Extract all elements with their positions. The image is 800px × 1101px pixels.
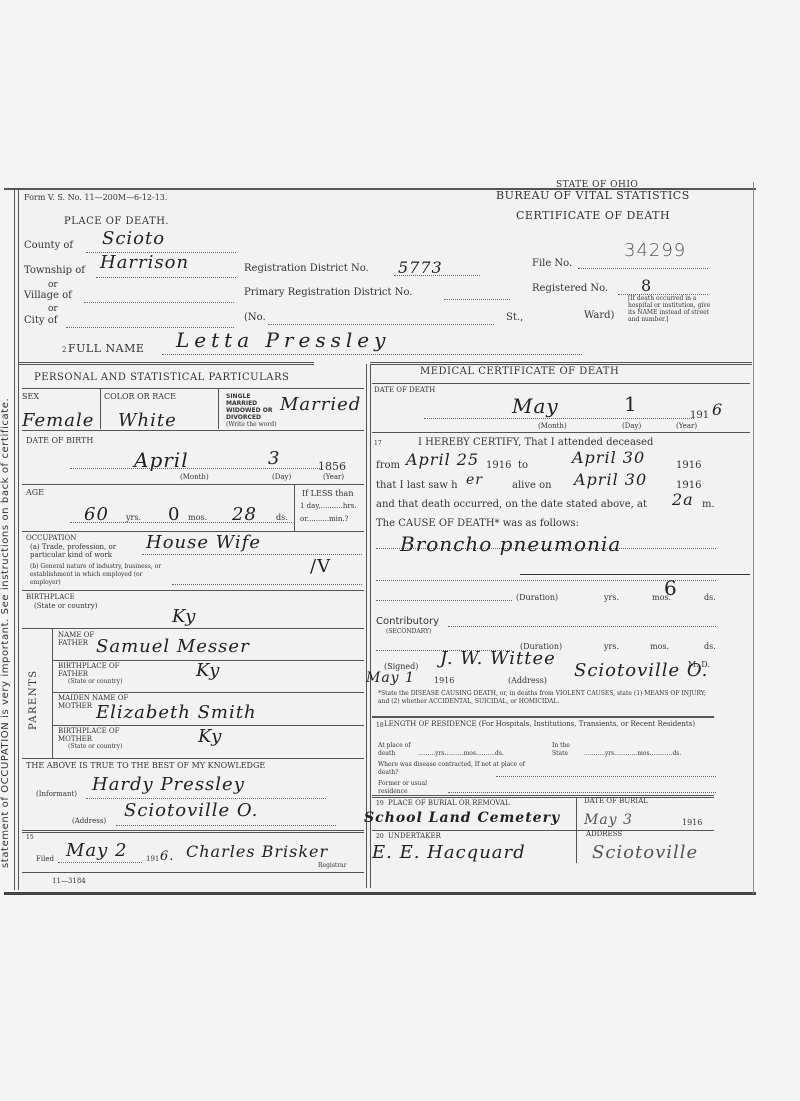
registrar-label: Registrar xyxy=(318,862,347,869)
township-line xyxy=(96,277,236,278)
occurred-text: and that death occurred, on the date sta… xyxy=(376,499,647,510)
mother-birthplace-value: Ky xyxy=(198,726,222,747)
file-no-label: File No. xyxy=(532,258,572,269)
race-value: White xyxy=(118,410,177,431)
burial-year: 1916 xyxy=(682,818,702,827)
contributory-yrs-label: yrs. xyxy=(604,642,619,651)
residence-num: 18 xyxy=(376,722,384,729)
city-label: City of xyxy=(24,315,57,326)
rule xyxy=(372,432,750,433)
filed-line xyxy=(58,862,142,863)
filed-num: 15 xyxy=(26,834,34,841)
or-1: or xyxy=(48,280,58,290)
occupation-a-value: House Wife xyxy=(146,532,261,553)
full-name-label: FULL NAME xyxy=(68,342,144,355)
contracted-line xyxy=(496,776,716,777)
rule xyxy=(370,362,752,365)
burial-place: School Land Cemetery xyxy=(364,810,560,826)
dob-year: 1856 xyxy=(318,460,346,473)
race-label: COLOR OR RACE xyxy=(104,392,176,401)
less-than-label: If LESS than xyxy=(302,489,353,498)
rule xyxy=(52,628,53,758)
sex-label: SEX xyxy=(22,392,39,401)
marital-options: SINGLE MARRIED WIDOWED OR DIVORCED xyxy=(226,393,282,421)
cause-label: The CAUSE OF DEATH* was as follows: xyxy=(376,518,579,529)
duration-label: (Duration) xyxy=(516,593,558,602)
village-label: Village of xyxy=(24,290,72,301)
street-line xyxy=(268,324,494,325)
burial-date-label: DATE OF BURIAL xyxy=(584,797,648,805)
rule xyxy=(22,590,364,591)
file-no-value: 34299 xyxy=(624,240,686,261)
to-year: 1916 xyxy=(676,460,701,471)
occurred-suffix: m. xyxy=(702,499,715,510)
sex-value: Female xyxy=(22,410,94,431)
signed-year: 1916 xyxy=(434,676,454,685)
filed-year-suffix: 6. xyxy=(160,849,174,864)
rule xyxy=(18,362,314,365)
occupation-a-line xyxy=(142,554,362,555)
rule xyxy=(22,430,364,431)
contracted-label: Where was disease contracted, If not at … xyxy=(378,761,528,777)
cause-footnote: *State the DISEASE CAUSING DEATH, or, in… xyxy=(378,690,718,706)
occupation-a-label: (a) Trade, profession, or particular kin… xyxy=(30,543,150,559)
signed-value: J. W. Wittee xyxy=(440,648,556,669)
burial-date: May 3 xyxy=(584,812,633,828)
from-date: April 25 xyxy=(406,450,479,469)
village-line xyxy=(84,302,234,303)
duration-line xyxy=(376,600,512,601)
mother-birthplace-label: BIRTHPLACE OF MOTHER xyxy=(58,727,138,743)
occupation-label: OCCUPATION xyxy=(26,534,76,542)
st-label: St., xyxy=(506,312,523,323)
last-saw-pronoun: er xyxy=(466,472,483,488)
mos-label: mos. xyxy=(188,513,207,522)
file-no-line xyxy=(578,268,708,269)
registrar-signature: Charles Brisker xyxy=(186,842,328,861)
to-label: to xyxy=(518,460,528,471)
undertaker-num: 20 xyxy=(376,833,384,840)
age-days: 28 xyxy=(232,504,257,525)
alive-on-label: alive on xyxy=(512,480,552,491)
to-date: April 30 xyxy=(572,448,645,467)
month-label: (Month) xyxy=(180,473,209,481)
occupation-b-label: (b) General nature of industry, business… xyxy=(30,563,175,587)
or-min-label: or..........min.? xyxy=(300,515,348,523)
no-label: (No. xyxy=(244,312,266,323)
contributory-mos-label: mos. xyxy=(650,642,669,651)
place-of-death-heading: PLACE OF DEATH. xyxy=(64,216,169,227)
alive-on-date: April 30 xyxy=(574,470,647,489)
mother-value: Elizabeth Smith xyxy=(96,702,257,723)
rule xyxy=(294,485,295,531)
informant-statement: THE ABOVE IS TRUE TO THE BEST OF MY KNOW… xyxy=(26,761,265,770)
contributory-ds-label: ds. xyxy=(704,642,716,651)
father-birthplace-hint: (State or country) xyxy=(68,678,122,685)
signed-address: Sciotoville O. xyxy=(574,660,708,681)
rule xyxy=(372,383,750,384)
burial-label: PLACE OF BURIAL OR REMOVAL xyxy=(388,799,510,807)
county-label: County of xyxy=(24,240,73,251)
parents-label: PARENTS xyxy=(28,669,39,730)
yrs-label: yrs. xyxy=(126,513,141,522)
informant-address-line xyxy=(116,825,336,826)
rule xyxy=(372,716,714,718)
personal-heading: PERSONAL AND STATISTICAL PARTICULARS xyxy=(34,372,289,383)
primary-reg-line xyxy=(444,299,510,300)
dod-year-label: (Year) xyxy=(676,422,697,430)
dob-line xyxy=(70,468,320,469)
signed-address-label: (Address) xyxy=(508,676,547,685)
informant-address-value: Sciotoville O. xyxy=(124,800,258,821)
rule xyxy=(372,830,714,831)
rule xyxy=(22,830,364,833)
medical-heading: MEDICAL CERTIFICATE OF DEATH xyxy=(420,366,619,377)
one-day-label: 1 day,..........hrs. xyxy=(300,502,357,510)
frame-left-rule xyxy=(14,190,15,890)
primary-reg-label: Primary Registration District No. xyxy=(244,287,412,298)
dod-day: 1 xyxy=(624,392,638,416)
dob-label: DATE OF BIRTH xyxy=(26,436,93,445)
reg-district-value: 5773 xyxy=(398,258,443,277)
filed-date: May 2 xyxy=(66,840,128,861)
or-2: or xyxy=(48,304,58,314)
certificate-title: CERTIFICATE OF DEATH xyxy=(516,209,670,222)
contributory-label: Contributory xyxy=(376,616,439,627)
county-value: Scioto xyxy=(102,228,165,249)
at-place-fields: .........yrs..........mos..........ds. xyxy=(418,750,504,757)
undertaker-label: UNDERTAKER xyxy=(388,832,441,840)
birthplace-value: Ky xyxy=(172,606,196,627)
frame-left-rule-inner xyxy=(18,190,19,890)
township-label: Township of xyxy=(24,265,85,276)
filed-label: Filed xyxy=(36,855,54,863)
rule xyxy=(22,628,364,629)
rule xyxy=(22,872,364,873)
certify-text: I HEREBY CERTIFY, That I attended deceas… xyxy=(418,437,653,448)
mother-birthplace-hint: (State or country) xyxy=(68,743,122,750)
rule xyxy=(218,389,219,429)
cause-underline xyxy=(520,574,750,575)
cert-num: 17 xyxy=(374,440,382,447)
full-name-line xyxy=(162,354,582,355)
contributory-line xyxy=(448,626,716,627)
hospital-note: [If death occurred in a hospital or inst… xyxy=(628,295,712,323)
dod-label: DATE OF DEATH xyxy=(374,386,435,394)
dob-month: April xyxy=(134,448,189,472)
registered-no-value: 8 xyxy=(641,276,652,295)
birthplace-label: BIRTHPLACE xyxy=(26,593,75,601)
rule xyxy=(52,692,364,693)
dod-month: May xyxy=(512,394,559,418)
occupation-b-line xyxy=(172,584,362,585)
age-months: 0 xyxy=(168,504,180,525)
occupation-b-mark: /V xyxy=(310,556,331,577)
duration-mos-label: mos. xyxy=(652,593,671,602)
registered-no-label: Registered No. xyxy=(532,283,608,294)
dod-line xyxy=(424,418,694,419)
age-years: 60 xyxy=(84,504,109,525)
full-name-num: 2 xyxy=(62,346,66,354)
secondary-label: (SECONDARY) xyxy=(386,628,431,635)
full-name-value: Letta Pressley xyxy=(176,328,390,352)
rule xyxy=(372,795,714,798)
dod-year-prefix: 191 xyxy=(690,410,709,421)
from-label: from xyxy=(376,460,400,471)
last-saw-label: that I last saw h xyxy=(376,480,458,491)
informant-line xyxy=(86,798,326,799)
informant-label: (Informant) xyxy=(36,790,77,798)
form-id: Form V. S. No. 11—200M—6-12-13. xyxy=(24,193,167,202)
duration-ds-label: ds. xyxy=(704,593,716,602)
dob-day: 3 xyxy=(268,448,280,469)
rule xyxy=(22,484,364,485)
informant-address-label: (Address) xyxy=(72,817,106,825)
rule xyxy=(100,389,101,429)
dod-month-label: (Month) xyxy=(538,422,567,430)
form-footer: 11—3184 xyxy=(52,877,86,885)
filed-year-prefix: 191 xyxy=(146,855,159,863)
former-label: Former or usual residence xyxy=(378,780,448,796)
year-label: (Year) xyxy=(323,473,344,481)
ds-label: ds. xyxy=(276,513,288,522)
undertaker-address: Sciotoville xyxy=(592,842,698,863)
cause-value: Broncho pneumonia xyxy=(400,532,621,556)
in-state-label: In the State xyxy=(552,742,582,758)
ward-label: Ward) xyxy=(584,310,614,321)
residence-heading: LENGTH OF RESIDENCE (For Hospitals, Inst… xyxy=(384,720,714,729)
marital-hint: (Write the word) xyxy=(226,421,276,428)
frame-bottom-rule xyxy=(4,892,756,895)
township-value: Harrison xyxy=(100,252,189,273)
dod-year-suffix: 6 xyxy=(712,400,723,419)
marital-value: Married xyxy=(280,394,361,415)
age-label: AGE xyxy=(26,488,44,497)
in-state-fields: ...........yrs............mos...........… xyxy=(584,750,681,757)
father-value: Samuel Messer xyxy=(96,636,250,657)
father-birthplace-label: BIRTHPLACE OF FATHER xyxy=(58,662,138,678)
signed-date: May 1 xyxy=(366,670,415,686)
undertaker-value: E. E. Hacquard xyxy=(372,842,526,863)
bureau-title: BUREAU OF VITAL STATISTICS xyxy=(496,189,690,202)
birthplace-hint: (State or country) xyxy=(34,602,97,610)
duration-yrs-label: yrs. xyxy=(604,593,619,602)
undertaker-address-label: ADDRESS xyxy=(586,830,622,838)
dod-day-label: (Day) xyxy=(622,422,641,430)
frame-right-rule xyxy=(753,182,754,894)
burial-num: 19 xyxy=(376,800,384,807)
rule xyxy=(22,388,364,389)
rule xyxy=(22,758,364,759)
informant-value: Hardy Pressley xyxy=(92,774,245,795)
from-year: 1916 xyxy=(486,460,511,471)
reg-district-label: Registration District No. xyxy=(244,263,369,274)
father-birthplace-value: Ky xyxy=(196,660,220,681)
day-label: (Day) xyxy=(272,473,291,481)
former-line xyxy=(448,792,716,793)
occurred-time: 2a xyxy=(672,490,694,509)
